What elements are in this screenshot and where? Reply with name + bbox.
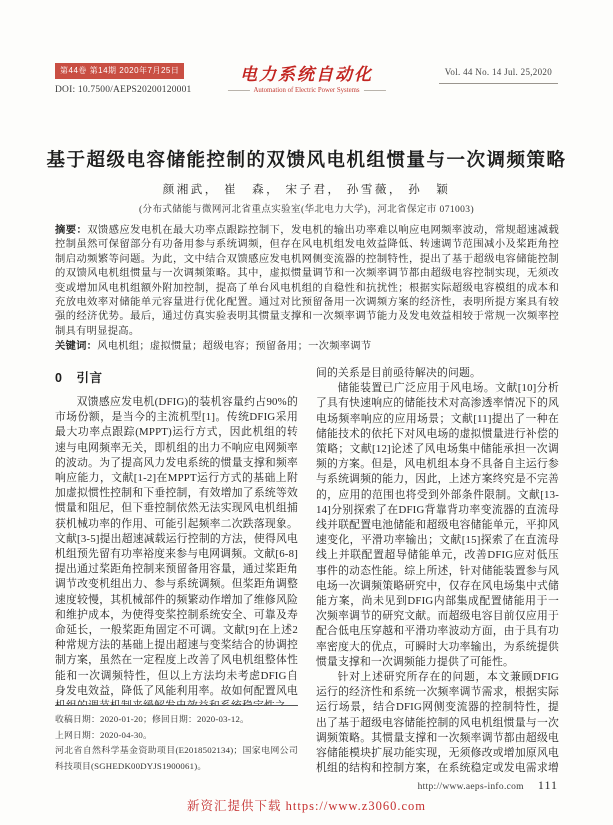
right-column: 间的关系是目前亟待解决的问题。 储能装置已广泛应用于风电场。文献[10]分析了具… <box>316 366 559 776</box>
keywords-label: 关键词： <box>55 341 97 352</box>
section-number: 0 <box>55 371 62 385</box>
left-column: 0引言 双馈感应发电机(DFIG)的装机容量约占90%的市场份额，是当今的主流机… <box>55 366 298 706</box>
logo-right-rule <box>364 90 386 91</box>
section-heading: 0引言 <box>55 368 298 386</box>
footer-url: http://www.aeps-info.com <box>418 782 524 792</box>
logo-left-rule <box>227 90 249 91</box>
footnote-funding: 河北省自然科学基金资助项目(E2018502134)；国家电网公司科技项目(SG… <box>55 743 298 774</box>
intro-paragraph-continuation: 间的关系是目前亟待解决的问题。 <box>316 366 559 381</box>
keywords-paragraph: 关键词：风电机组；虚拟惯量；超级电容；预留备用；一次频率调节 <box>55 340 559 354</box>
issue-badge: 第44卷 第14期 2020年7月25日 <box>55 63 184 79</box>
footnote-block: 收稿日期：2020-01-20；修回日期：2020-03-12。 上网日期：20… <box>55 705 298 774</box>
footnote-dates: 收稿日期：2020-01-20；修回日期：2020-03-12。 <box>55 712 298 728</box>
intro-paragraph-right-2: 储能装置已广泛应用于风电场。文献[10]分析了具有快速响应的储能技术对高渗透率情… <box>316 381 559 670</box>
intro-paragraph-left: 双馈感应发电机(DFIG)的装机容量约占90%的市场份额，是当今的主流机型[1]… <box>55 395 298 706</box>
page-footer: http://www.aeps-info.com 111 <box>418 778 558 793</box>
section-title: 引言 <box>76 371 102 385</box>
footnote-online-date: 上网日期：2020-04-30。 <box>55 728 298 744</box>
volume-info: Vol. 44 No. 14 Jul. 25,2020 <box>439 67 558 84</box>
page-number: 111 <box>538 778 558 793</box>
download-watermark: 新资汇提供下载 https://www.z3060.com <box>0 796 613 814</box>
journal-name-cn: 电力系统自动化 <box>227 60 385 85</box>
abstract-text: 双馈感应发电机在最大功率点跟踪控制下，发电机的输出功率难以响应电网频率波动，常规… <box>55 225 559 337</box>
abstract-block: 摘要：双馈感应发电机在最大功率点跟踪控制下，发电机的输出功率难以响应电网频率波动… <box>55 224 559 355</box>
journal-logo: 电力系统自动化 Automation of Electric Power Sys… <box>227 60 385 94</box>
abstract-label: 摘要： <box>55 225 87 236</box>
affiliation: (分布式储能与微网河北省重点实验室(华北电力大学)，河北省保定市 071003) <box>0 201 613 215</box>
paper-page: 第44卷 第14期 2020年7月25日 DOI: 10.7500/AEPS20… <box>0 0 613 825</box>
paper-title: 基于超级电容储能控制的双馈风电机组惯量与一次调频策略 <box>0 146 613 172</box>
keywords-text: 风电机组；虚拟惯量；超级电容；预留备用；一次频率调节 <box>97 341 371 352</box>
journal-name-en: Automation of Electric Power Systems <box>253 87 359 94</box>
authors: 颜湘武， 崔 森， 宋子君， 孙雪薇， 孙 颖 <box>0 181 613 197</box>
abstract-paragraph: 摘要：双馈感应发电机在最大功率点跟踪控制下，发电机的输出功率难以响应电网频率波动… <box>55 224 559 339</box>
intro-paragraph-right-3: 针对上述研究所存在的问题，本文兼顾DFIG运行的经济性和系统一次频率调节需求，根… <box>316 670 559 776</box>
doi-text: DOI: 10.7500/AEPS20200120001 <box>55 85 192 95</box>
